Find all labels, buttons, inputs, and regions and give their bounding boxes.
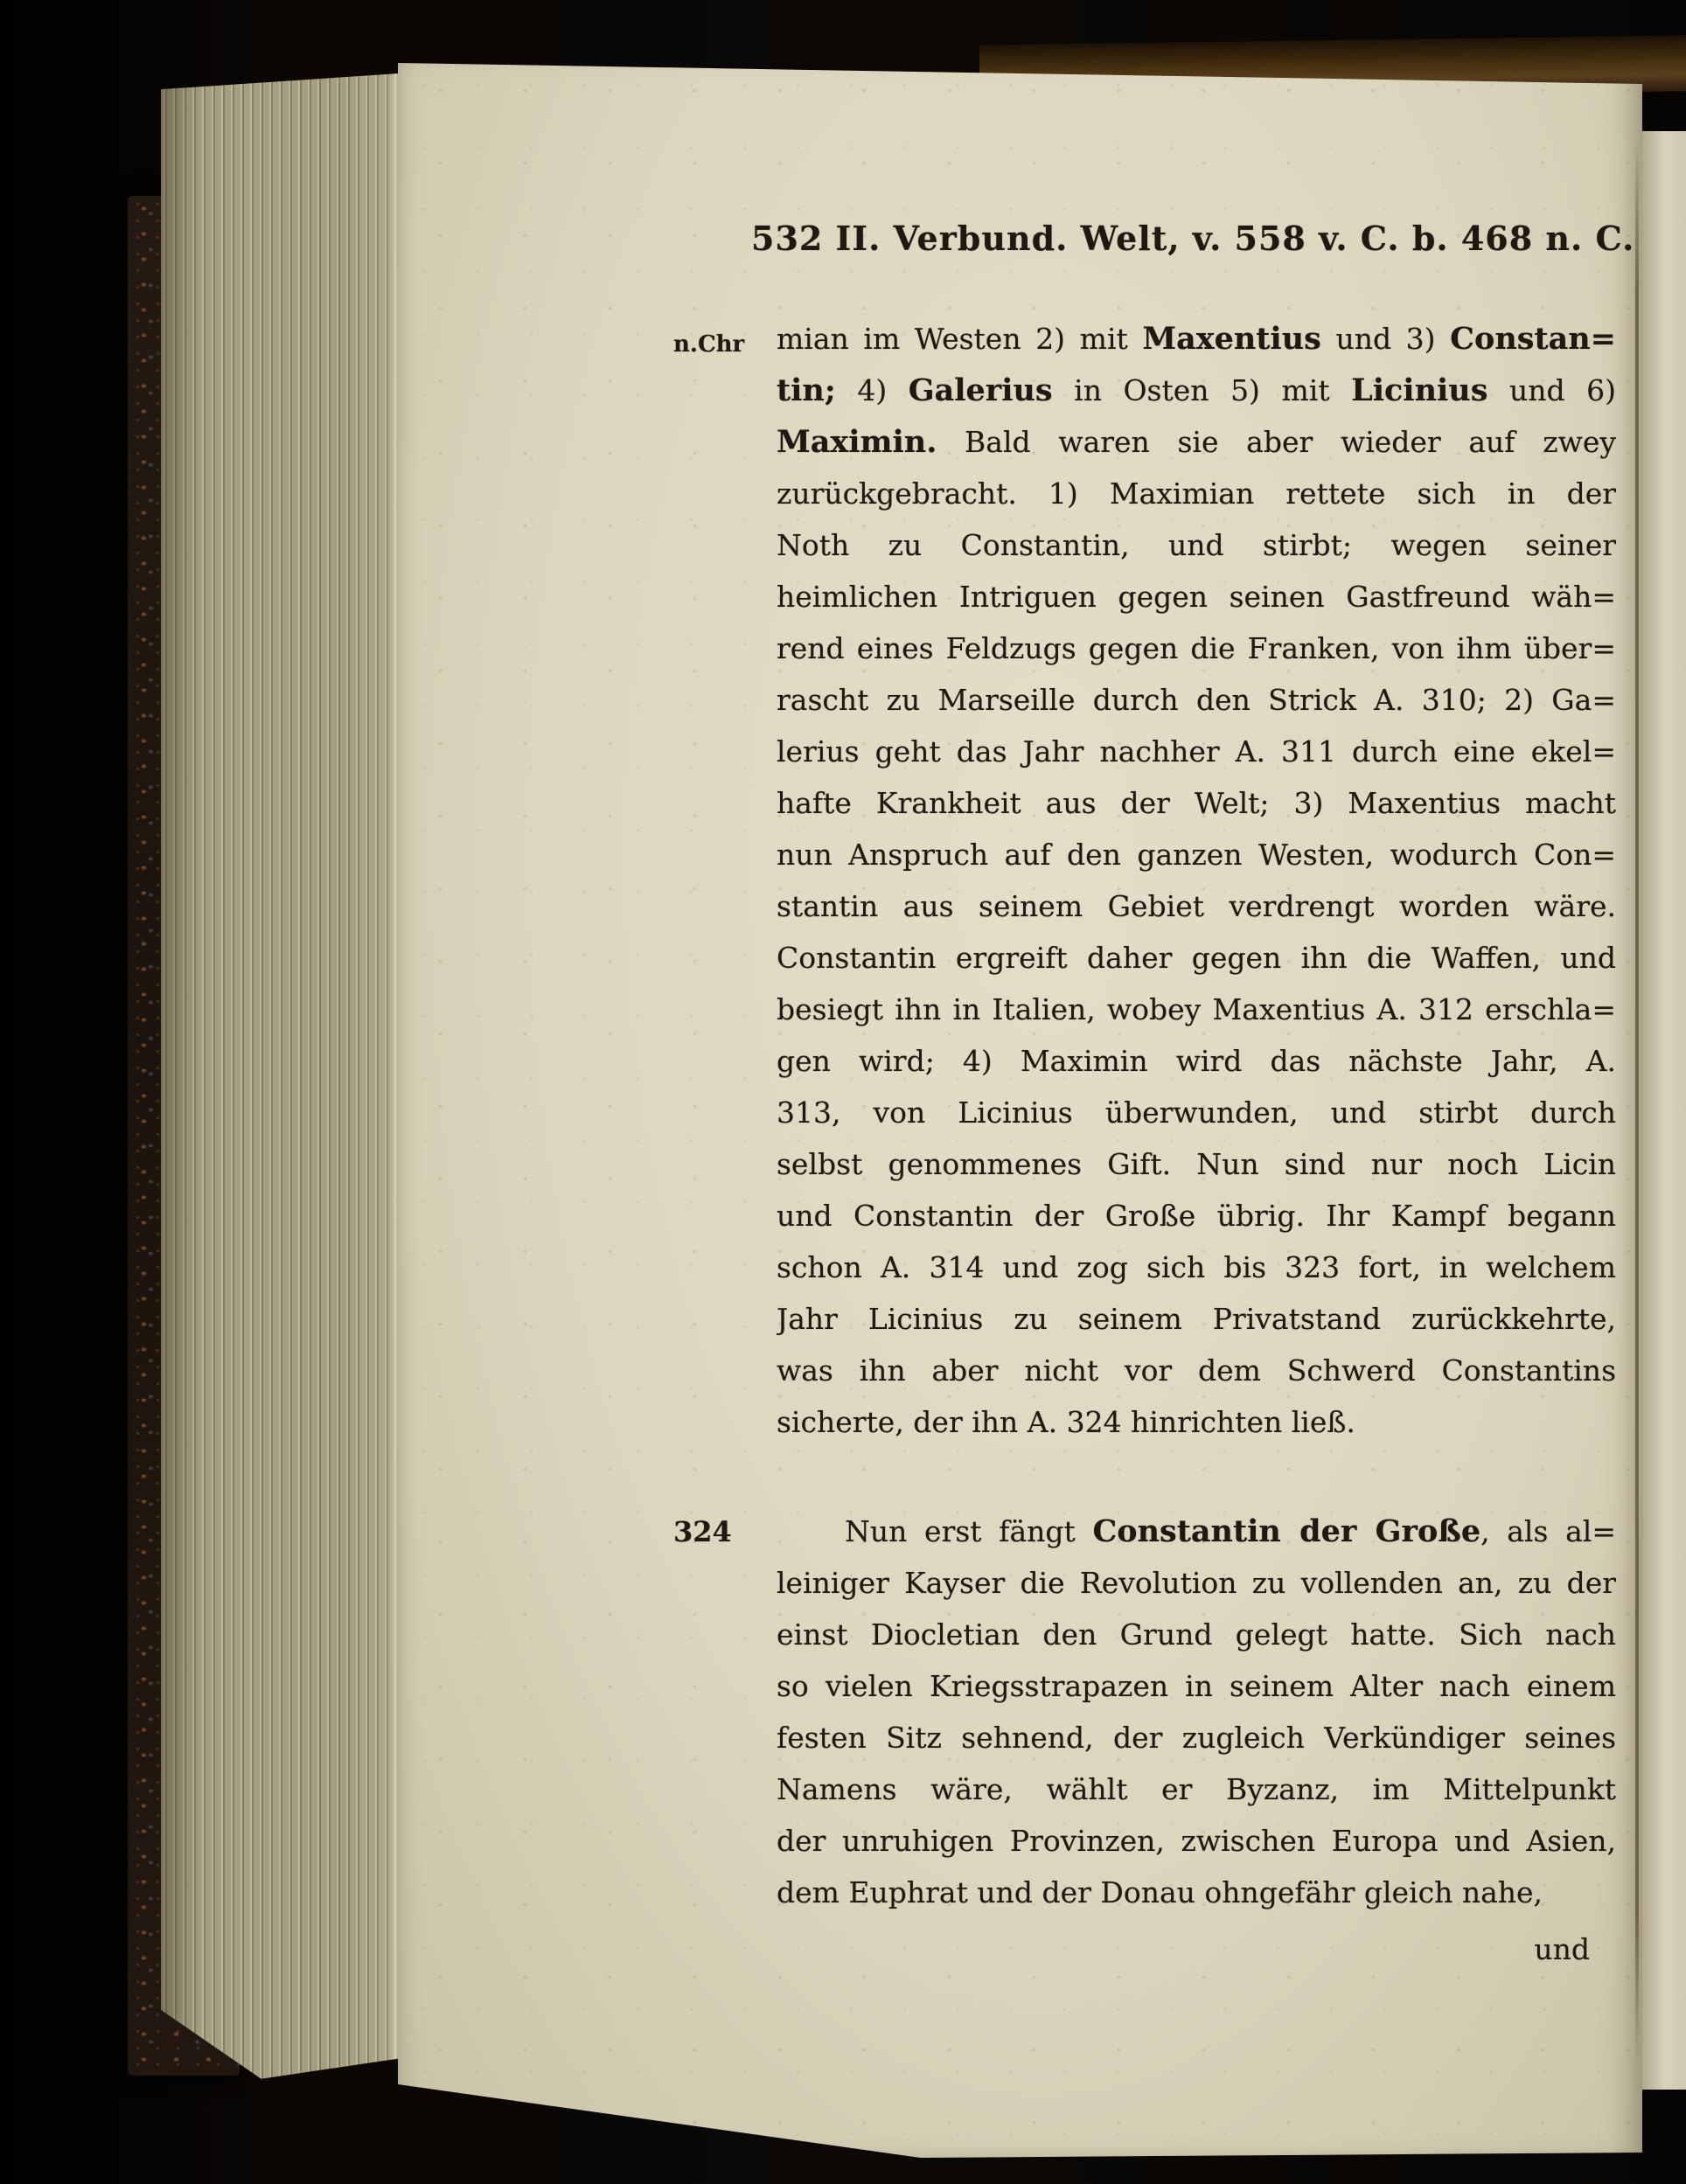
emphasized-text: Galerius: [909, 372, 1053, 408]
body-text: 313, von Licinius überwunden, und stirbt…: [777, 1095, 1616, 1130]
text-line: Nun erst fängt Constantin der Große, als…: [777, 1506, 1616, 1557]
text-line: was ihn aber nicht vor dem Schwerd Const…: [777, 1345, 1616, 1396]
body-text: nun Anspruch auf den ganzen Westen, wodu…: [777, 838, 1616, 872]
body-text: sicherte, der ihn A. 324 hinrichten ließ…: [777, 1405, 1355, 1439]
emphasized-text: Maxentius: [1142, 321, 1320, 357]
text-line: dem Euphrat und der Donau ohngefähr glei…: [777, 1867, 1616, 1918]
margin-note: 324: [673, 1509, 771, 1555]
body-text: besiegt ihn in Italien, wobey Maxentius …: [777, 992, 1616, 1026]
book-page: 532 II. Verbund. Welt, v. 558 v. C. b. 4…: [398, 54, 1642, 2160]
text-line: rend eines Feldzugs gegen die Franken, v…: [777, 623, 1616, 674]
body-text: festen Sitz sehnend, der zugleich Verkün…: [777, 1721, 1616, 1755]
body-text: einst Diocletian den Grund gelegt hatte.…: [777, 1617, 1616, 1652]
emphasized-text: Licinius: [1351, 372, 1487, 408]
text-line: Maximin. Bald waren sie aber wieder auf …: [777, 416, 1616, 468]
body-text: zurückgebracht. 1) Maximian rettete sich…: [777, 476, 1616, 511]
body-text: der unruhigen Provinzen, zwischen Europa…: [777, 1824, 1616, 1858]
body-text: heimlichen Intriguen gegen seinen Gastfr…: [777, 580, 1616, 614]
body-text: selbst genommenes Gift. Nun sind nur noc…: [777, 1147, 1616, 1181]
text-line: tin; 4) Galerius in Osten 5) mit Liciniu…: [777, 365, 1616, 416]
text-line: so vielen Kriegsstrapazen in seinem Alte…: [777, 1660, 1616, 1712]
body-text: Constantin ergreift daher gegen ihn die …: [777, 941, 1616, 975]
body-text: gen wird; 4) Maximin wird das nächste Ja…: [777, 1044, 1616, 1078]
paragraph: n.Chrmian im Westen 2) mit Maxentius und…: [777, 313, 1616, 1448]
body-text: hafte Krankheit aus der Welt; 3) Maxenti…: [777, 786, 1616, 820]
text-line: einst Diocletian den Grund gelegt hatte.…: [777, 1609, 1616, 1660]
body-text: in Osten 5) mit: [1053, 373, 1352, 407]
text-line: leiniger Kayser die Revolution zu vollen…: [777, 1557, 1616, 1609]
text-line: festen Sitz sehnend, der zugleich Verkün…: [777, 1712, 1616, 1763]
text-line: selbst genommenes Gift. Nun sind nur noc…: [777, 1138, 1616, 1190]
text-line: 313, von Licinius überwunden, und stirbt…: [777, 1087, 1616, 1138]
gutter-crease: [1635, 140, 1639, 2063]
emphasized-text: Constantin der Große: [1092, 1513, 1480, 1549]
text-line: lerius geht das Jahr nachher A. 311 durc…: [777, 726, 1616, 777]
body-text: und 3): [1321, 322, 1450, 356]
body-text: mian im Westen 2) mit: [777, 322, 1142, 356]
adjacent-page-edge: [1639, 131, 1686, 2090]
text-line: Namens wäre, wählt er Byzanz, im Mittelp…: [777, 1763, 1616, 1815]
text-line: hafte Krankheit aus der Welt; 3) Maxenti…: [777, 777, 1616, 829]
catchword: und: [777, 1923, 1616, 1975]
text-line: heimlichen Intriguen gegen seinen Gastfr…: [777, 571, 1616, 623]
emphasized-text: tin;: [777, 372, 836, 408]
body-text: rascht zu Marseille durch den Strick A. …: [777, 683, 1616, 717]
running-header: 532 II. Verbund. Welt, v. 558 v. C. b. 4…: [751, 219, 1617, 258]
body-text: Bald waren sie aber wieder auf zwey: [937, 425, 1616, 459]
body-text: stantin aus seinem Gebiet verdrengt word…: [777, 889, 1616, 923]
margin-note: n.Chr: [673, 322, 771, 367]
body-text: und 6): [1487, 373, 1616, 407]
text-line: besiegt ihn in Italien, wobey Maxentius …: [777, 984, 1616, 1035]
text-line: und Constantin der Große übrig. Ihr Kamp…: [777, 1190, 1616, 1242]
body-text: dem Euphrat und der Donau ohngefähr glei…: [777, 1875, 1543, 1909]
emphasized-text: Maximin.: [777, 424, 937, 460]
scan-background: 532 II. Verbund. Welt, v. 558 v. C. b. 4…: [0, 0, 1686, 2184]
text-line: gen wird; 4) Maximin wird das nächste Ja…: [777, 1035, 1616, 1087]
body-text: Noth zu Constantin, und stirbt; wegen se…: [777, 528, 1616, 562]
text-line: der unruhigen Provinzen, zwischen Europa…: [777, 1815, 1616, 1867]
body-text: rend eines Feldzugs gegen die Franken, v…: [777, 631, 1616, 665]
text-line: zurückgebracht. 1) Maximian rettete sich…: [777, 468, 1616, 519]
text-line: rascht zu Marseille durch den Strick A. …: [777, 674, 1616, 726]
body-text: so vielen Kriegsstrapazen in seinem Alte…: [777, 1669, 1616, 1703]
body-text: Namens wäre, wählt er Byzanz, im Mittelp…: [777, 1772, 1616, 1806]
text-line: Constantin ergreift daher gegen ihn die …: [777, 932, 1616, 984]
body-text: , als al=: [1480, 1514, 1616, 1548]
text-line: sicherte, der ihn A. 324 hinrichten ließ…: [777, 1396, 1616, 1448]
text-line: Noth zu Constantin, und stirbt; wegen se…: [777, 519, 1616, 571]
body-text: was ihn aber nicht vor dem Schwerd Const…: [777, 1353, 1616, 1388]
body-text: leiniger Kayser die Revolution zu vollen…: [777, 1566, 1616, 1600]
text-line: Jahr Licinius zu seinem Privatstand zurü…: [777, 1293, 1616, 1345]
text-line: stantin aus seinem Gebiet verdrengt word…: [777, 880, 1616, 932]
text-line: nun Anspruch auf den ganzen Westen, wodu…: [777, 829, 1616, 880]
body-text: 4): [836, 373, 909, 407]
text-line: schon A. 314 und zog sich bis 323 fort, …: [777, 1242, 1616, 1293]
text-line: mian im Westen 2) mit Maxentius und 3) C…: [777, 313, 1616, 365]
body-text: lerius geht das Jahr nachher A. 311 durc…: [777, 734, 1616, 769]
paragraph: 324Nun erst fängt Constantin der Große, …: [777, 1506, 1616, 1918]
body-text: schon A. 314 und zog sich bis 323 fort, …: [777, 1250, 1616, 1284]
emphasized-text: Constan=: [1450, 321, 1616, 357]
body-text: Jahr Licinius zu seinem Privatstand zurü…: [777, 1302, 1616, 1336]
text-block: n.Chrmian im Westen 2) mit Maxentius und…: [777, 313, 1616, 1975]
body-text: Nun erst fängt: [845, 1514, 1092, 1548]
body-text: und Constantin der Große übrig. Ihr Kamp…: [777, 1199, 1616, 1233]
